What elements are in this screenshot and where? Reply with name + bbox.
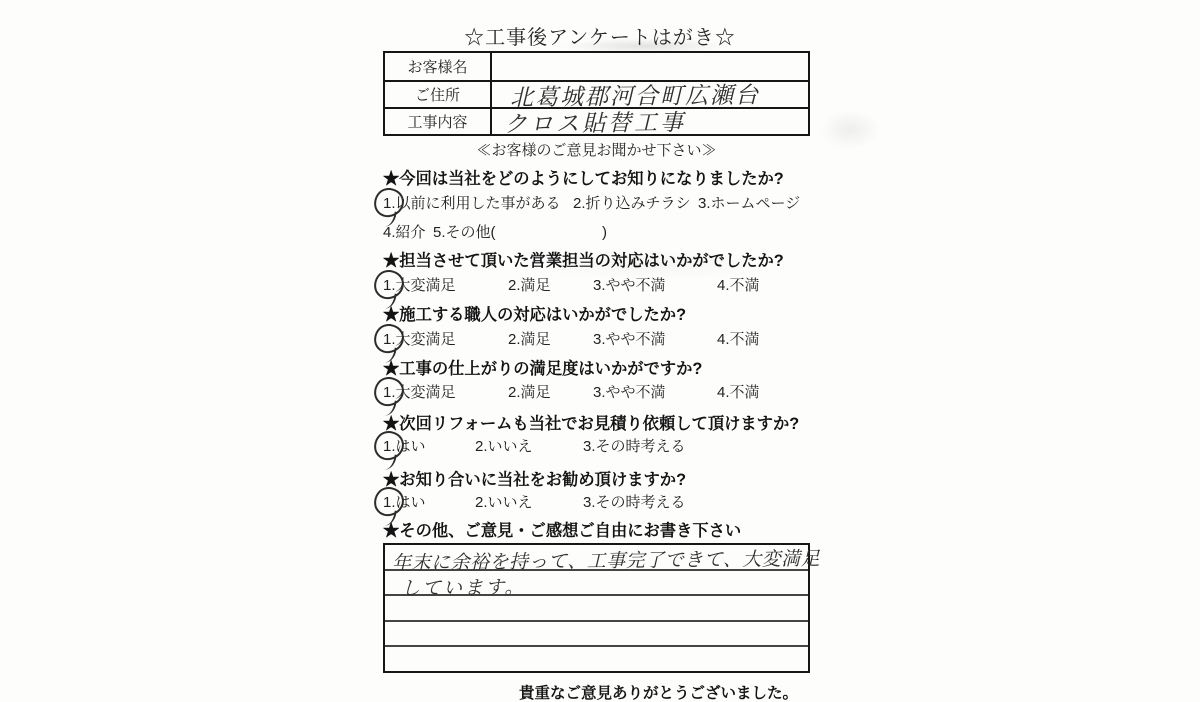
- comment-section: ★その他、ご意見・ご感想ご自由にお書き下さい 年末に余裕を持って、工事完了できて…: [383, 521, 810, 673]
- question-5: ★次回リフォームも当社でお見積り依頼して頂けますか? 1.はい 2.いいえ 3.…: [383, 414, 810, 457]
- comment-header: ★その他、ご意見・ご感想ご自由にお書き下さい: [383, 521, 810, 541]
- option-label: 3.ホームページ: [698, 194, 800, 214]
- answer-circle-icon: [373, 187, 406, 219]
- question-3-header: ★施工する職人の対応はいかがでしたか?: [383, 305, 810, 325]
- question-6-selected-option: 1.はい: [383, 493, 426, 513]
- address-label: ご住所: [385, 82, 492, 107]
- question-4: ★工事の仕上がりの満足度はいかがですか? 1.大変満足 2.満足 3.やや不満 …: [383, 359, 810, 403]
- question-1-options-row-1: 1.以前に利用した事がある 2.折り込みチラシ 3.ホームページ: [383, 194, 810, 214]
- option-label: 4.不満: [717, 383, 760, 403]
- option-label: 2.いいえ: [475, 493, 533, 513]
- question-5-options-row: 1.はい 2.いいえ 3.その時考える: [383, 437, 810, 457]
- question-1-selected-option: 1.以前に利用した事がある: [383, 194, 561, 214]
- question-6-options-row: 1.はい 2.いいえ 3.その時考える: [383, 493, 810, 513]
- answer-circle-icon: [373, 269, 406, 301]
- question-6: ★お知り合いに当社をお勧め頂けますか? 1.はい 2.いいえ 3.その時考える: [383, 470, 810, 513]
- option-label: 2.折り込みチラシ: [573, 194, 691, 214]
- option-label: 3.やや不満: [593, 330, 666, 350]
- option-label: 3.その時考える: [583, 493, 686, 513]
- question-3-options-row: 1.大変満足 2.満足 3.やや不満 4.不満: [383, 330, 810, 350]
- table-row-work-content: 工事内容 クロス貼替工事: [385, 107, 808, 134]
- answer-circle-icon: [373, 376, 406, 408]
- survey-subtitle: ≪お客様のご意見お聞かせ下さい≫: [383, 139, 810, 160]
- customer-name-label: お客様名: [385, 53, 492, 80]
- option-label: 4.不満: [717, 276, 760, 296]
- postcard-content: お客様名 ご住所 北葛城郡河合町広瀬台 工事内容 クロス貼替工事 ≪お客様のご意…: [383, 51, 810, 702]
- question-3: ★施工する職人の対応はいかがでしたか? 1.大変満足 2.満足 3.やや不満 4…: [383, 305, 810, 350]
- option-label: 1.以前に利用した事がある: [383, 195, 561, 212]
- answer-circle-icon: [373, 430, 406, 462]
- option-label: 4.紹介: [383, 223, 426, 243]
- address-value: 北葛城郡河合町広瀬台: [492, 82, 808, 107]
- question-2-selected-option: 1.大変満足: [383, 276, 456, 296]
- question-2-options-row: 1.大変満足 2.満足 3.やや不満 4.不満: [383, 276, 810, 296]
- question-4-header: ★工事の仕上がりの満足度はいかがですか?: [383, 359, 810, 379]
- page-title: ☆工事後アンケートはがき☆: [0, 21, 1200, 50]
- question-4-options-row: 1.大変満足 2.満足 3.やや不満 4.不満: [383, 383, 810, 403]
- question-4-selected-option: 1.大変満足: [383, 383, 456, 403]
- table-row-address: ご住所 北葛城郡河合町広瀬台: [385, 80, 808, 107]
- option-label: 3.その時考える: [583, 437, 686, 457]
- ruled-line: [385, 647, 808, 671]
- question-1-header: ★今回は当社をどのようにしてお知りになりましたか?: [383, 169, 810, 189]
- customer-info-table: お客様名 ご住所 北葛城郡河合町広瀬台 工事内容 クロス貼替工事: [383, 51, 810, 136]
- option-label: 2.いいえ: [475, 437, 533, 457]
- scanned-survey-postcard: ☆工事後アンケートはがき☆ お客様名 ご住所 北葛城郡河合町広瀬台 工事内容 ク…: [0, 0, 1200, 702]
- option-label: 3.やや不満: [593, 276, 666, 296]
- question-3-selected-option: 1.大変満足: [383, 330, 456, 350]
- question-2: ★担当させて頂いた営業担当の対応はいかがでしたか? 1.大変満足 2.満足 3.…: [383, 251, 810, 296]
- ruled-line: [385, 622, 808, 648]
- work-content-value: クロス貼替工事: [492, 109, 808, 134]
- question-5-selected-option: 1.はい: [383, 437, 426, 457]
- question-6-header: ★お知り合いに当社をお勧め頂けますか?: [383, 470, 810, 490]
- option-label: 2.満足: [508, 276, 551, 296]
- closing-message: 貴重なご意見ありがとうございました。: [383, 681, 810, 702]
- option-label: 3.やや不満: [593, 383, 666, 403]
- option-label: ): [602, 223, 607, 243]
- customer-name-value: [492, 53, 808, 80]
- comment-handwriting-line-2: しています。: [401, 572, 526, 600]
- answer-circle-icon: [373, 323, 406, 355]
- option-label: 5.その他(: [433, 223, 496, 243]
- option-label: 4.不満: [717, 330, 760, 350]
- question-1-options-row-2: 4.紹介 5.その他( ): [383, 223, 810, 243]
- option-label: 2.満足: [508, 330, 551, 350]
- question-1: ★今回は当社をどのようにしてお知りになりましたか? 1.以前に利用した事がある …: [383, 169, 810, 243]
- option-label: 2.満足: [508, 383, 551, 403]
- comment-handwriting-line-1: 年末に余裕を持って、工事完了できて、大変満足: [392, 544, 821, 575]
- comment-box: 年末に余裕を持って、工事完了できて、大変満足 しています。: [383, 543, 810, 673]
- question-5-header: ★次回リフォームも当社でお見積り依頼して頂けますか?: [383, 414, 810, 434]
- answer-circle-icon: [373, 486, 406, 518]
- question-2-header: ★担当させて頂いた営業担当の対応はいかがでしたか?: [383, 251, 810, 271]
- scan-smudge: [820, 110, 880, 150]
- work-content-label: 工事内容: [385, 109, 492, 134]
- work-content-handwriting: クロス貼替工事: [492, 104, 686, 139]
